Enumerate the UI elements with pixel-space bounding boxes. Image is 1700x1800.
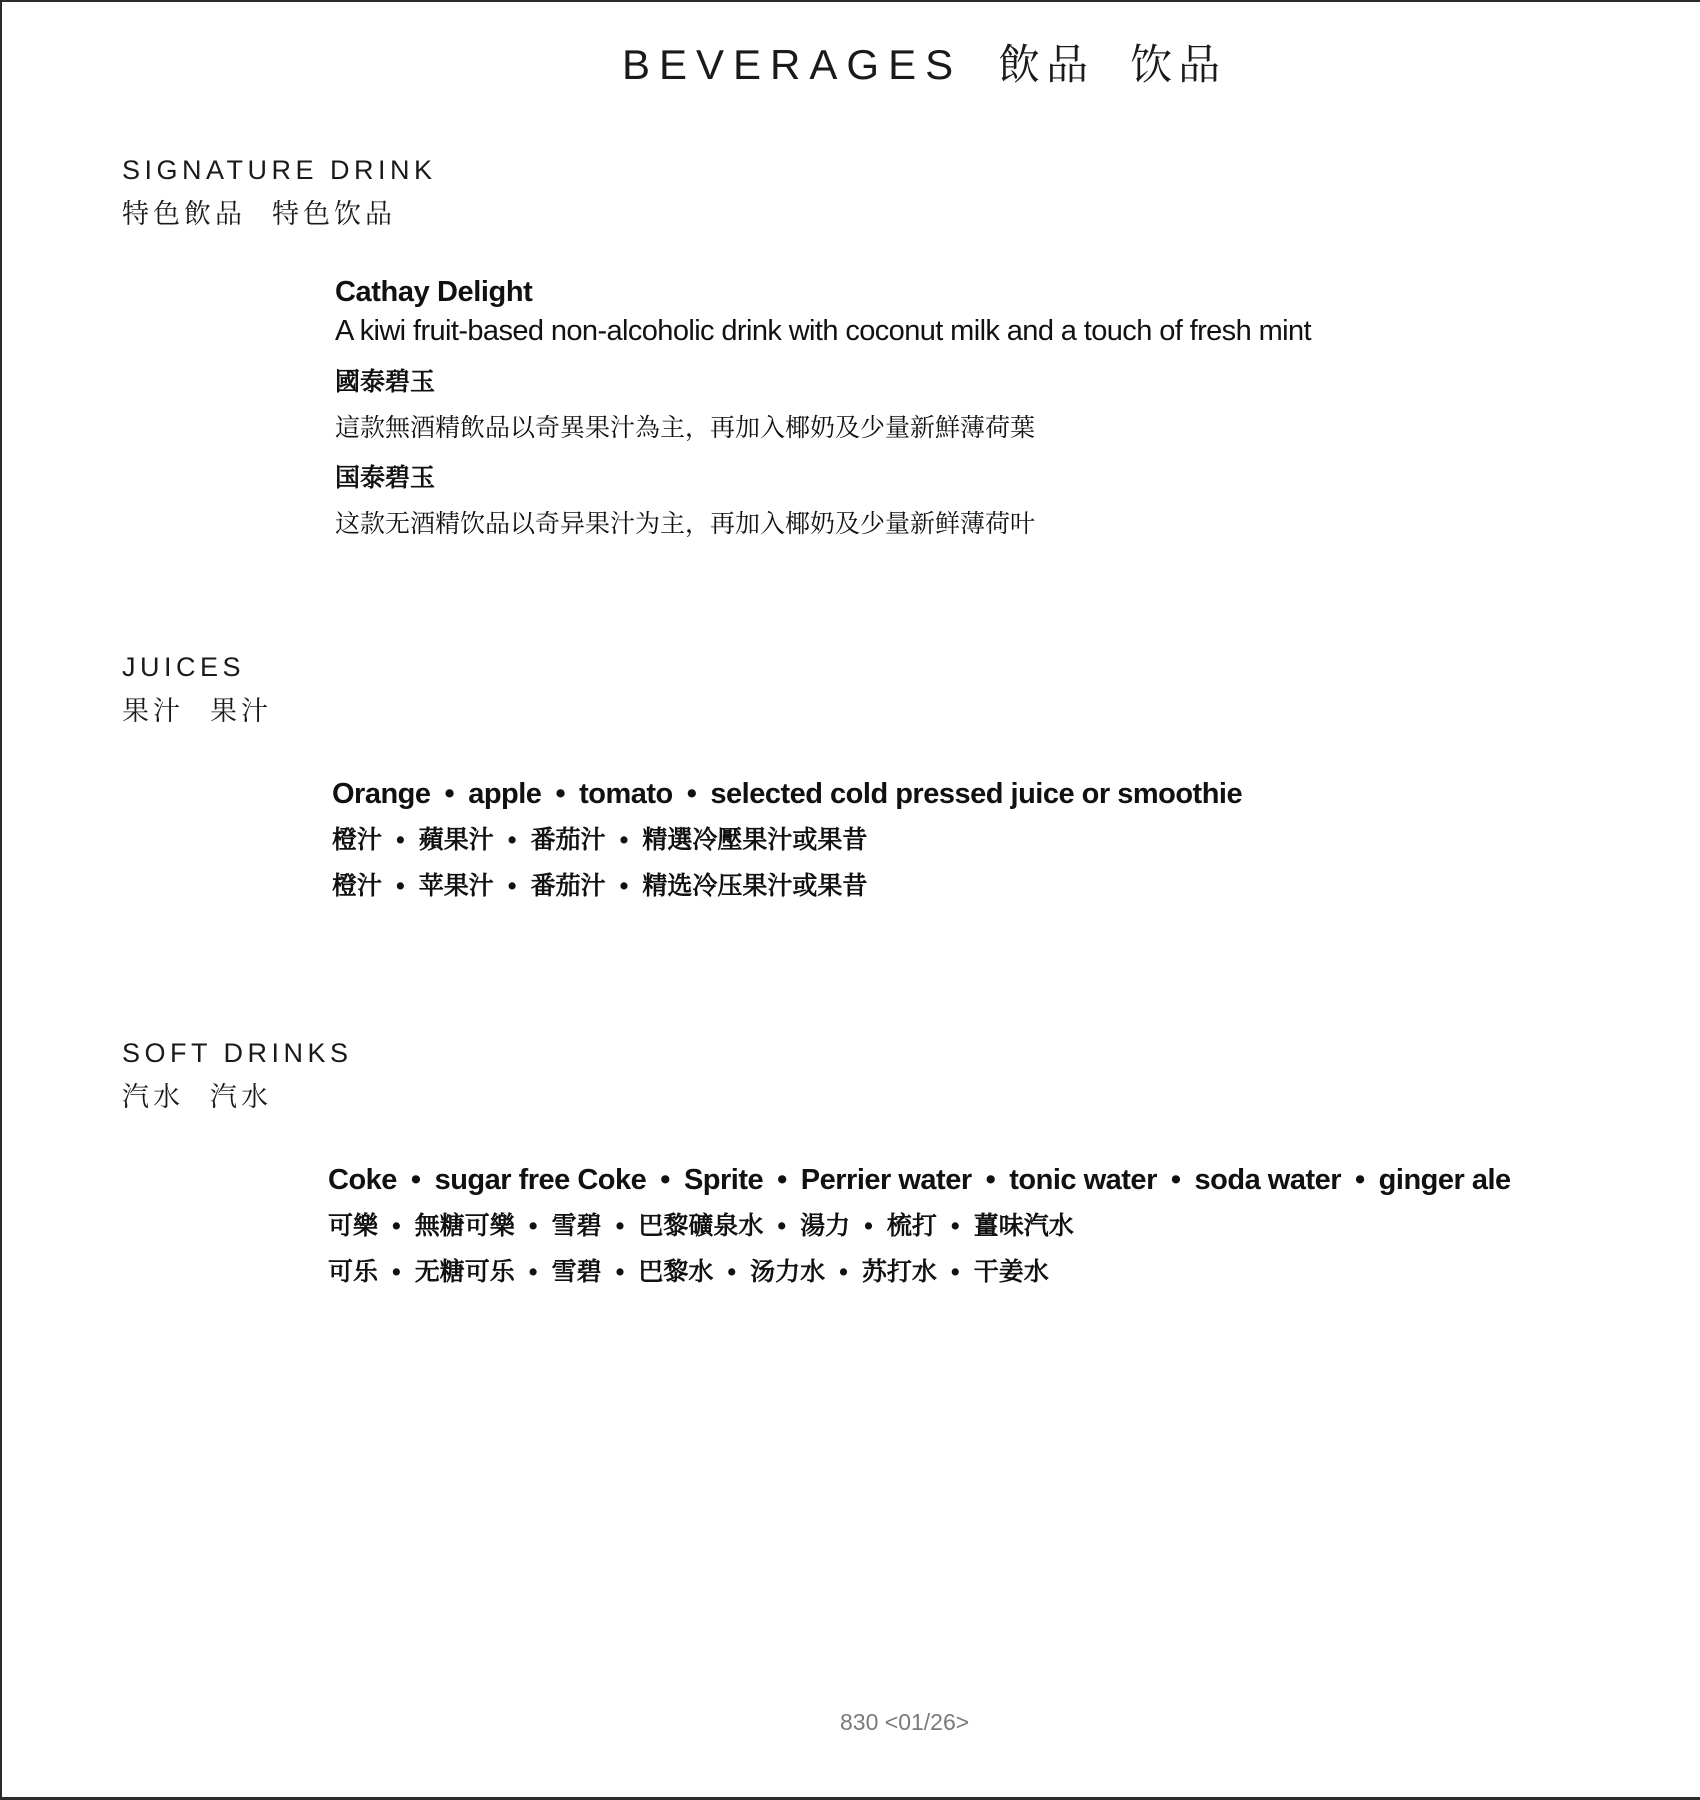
bullet-separator-icon: • bbox=[777, 1157, 787, 1203]
item-name-en: Cathay Delight bbox=[335, 276, 1311, 309]
list-item: 雪碧 bbox=[552, 1212, 602, 1240]
bullet-separator-icon: • bbox=[951, 1249, 960, 1295]
list-item: 汤力水 bbox=[750, 1258, 825, 1286]
bullet-separator-icon: • bbox=[445, 771, 455, 817]
list-item: 苹果汁 bbox=[419, 872, 494, 900]
item-desc-zh-traditional: 這款無酒精飲品以奇異果汁為主，再加入椰奶及少量新鮮薄荷葉 bbox=[335, 408, 1311, 444]
bullet-separator-icon: • bbox=[508, 817, 517, 863]
section-heading-juices: JUICES 果汁果汁 bbox=[122, 652, 272, 728]
bullet-separator-icon: • bbox=[951, 1203, 960, 1249]
bullet-separator-icon: • bbox=[620, 817, 629, 863]
soft-drinks-line-zh-simplified: 可乐•无糖可乐•雪碧•巴黎水•汤力水•苏打水•干姜水 bbox=[328, 1249, 1511, 1295]
bullet-separator-icon: • bbox=[1355, 1157, 1365, 1203]
title-zh-simplified: 饮品 bbox=[1130, 41, 1226, 88]
item-name-zh-simplified: 国泰碧玉 bbox=[335, 458, 1311, 494]
list-item: tomato bbox=[579, 778, 673, 810]
list-item: 番茄汁 bbox=[531, 826, 606, 854]
bullet-separator-icon: • bbox=[392, 1249, 401, 1295]
list-item: selected cold pressed juice or smoothie bbox=[710, 778, 1242, 810]
juices-line-zh-traditional: 橙汁•蘋果汁•番茄汁•精選冷壓果汁或果昔 bbox=[332, 817, 1242, 863]
list-item: Perrier water bbox=[801, 1164, 972, 1196]
list-item: 巴黎水 bbox=[638, 1258, 713, 1286]
soft-drinks-list: Coke•sugar free Coke•Sprite•Perrier wate… bbox=[328, 1157, 1511, 1295]
heading-zh-traditional: 汽水 bbox=[122, 1082, 184, 1112]
list-item: 巴黎礦泉水 bbox=[638, 1212, 763, 1240]
section-heading-soft-drinks: SOFT DRINKS 汽水汽水 bbox=[122, 1038, 353, 1114]
bullet-separator-icon: • bbox=[777, 1203, 786, 1249]
bullet-separator-icon: • bbox=[687, 771, 697, 817]
soft-drinks-line-zh-traditional: 可樂•無糖可樂•雪碧•巴黎礦泉水•湯力•梳打•薑味汽水 bbox=[328, 1203, 1511, 1249]
menu-page: BEVERAGES飲品饮品 SIGNATURE DRINK 特色飲品特色饮品 C… bbox=[0, 0, 1700, 1800]
bullet-separator-icon: • bbox=[616, 1203, 625, 1249]
list-item: Coke bbox=[328, 1164, 397, 1196]
bullet-separator-icon: • bbox=[864, 1203, 873, 1249]
bullet-separator-icon: • bbox=[616, 1249, 625, 1295]
juices-line-en: Orange•apple•tomato•selected cold presse… bbox=[332, 771, 1242, 817]
title-en: BEVERAGES bbox=[622, 41, 962, 88]
signature-item: Cathay Delight A kiwi fruit-based non-al… bbox=[335, 276, 1311, 540]
bullet-separator-icon: • bbox=[396, 863, 405, 909]
heading-en: SIGNATURE DRINK bbox=[122, 155, 437, 186]
list-item: 無糖可樂 bbox=[415, 1212, 515, 1240]
item-desc-en: A kiwi fruit-based non-alcoholic drink w… bbox=[335, 315, 1311, 348]
heading-zh-simplified: 特色饮品 bbox=[272, 199, 396, 229]
bullet-separator-icon: • bbox=[660, 1157, 670, 1203]
heading-zh: 果汁果汁 bbox=[122, 689, 272, 728]
bullet-separator-icon: • bbox=[555, 771, 565, 817]
juices-list: Orange•apple•tomato•selected cold presse… bbox=[332, 771, 1242, 909]
page-title: BEVERAGES飲品饮品 bbox=[622, 32, 1226, 92]
list-item: apple bbox=[468, 778, 541, 810]
heading-en: SOFT DRINKS bbox=[122, 1038, 353, 1069]
list-item: tonic water bbox=[1009, 1164, 1157, 1196]
bullet-separator-icon: • bbox=[529, 1203, 538, 1249]
list-item: sugar free Coke bbox=[435, 1164, 647, 1196]
list-item: 薑味汽水 bbox=[974, 1212, 1074, 1240]
list-item: 苏打水 bbox=[862, 1258, 937, 1286]
list-item: ginger ale bbox=[1379, 1164, 1511, 1196]
heading-zh-traditional: 特色飲品 bbox=[122, 199, 246, 229]
bullet-separator-icon: • bbox=[396, 817, 405, 863]
bullet-separator-icon: • bbox=[986, 1157, 996, 1203]
juices-line-zh-simplified: 橙汁•苹果汁•番茄汁•精选冷压果汁或果昔 bbox=[332, 863, 1242, 909]
list-item: 可樂 bbox=[328, 1212, 378, 1240]
soft-drinks-line-en: Coke•sugar free Coke•Sprite•Perrier wate… bbox=[328, 1157, 1511, 1203]
heading-zh-simplified: 汽水 bbox=[210, 1082, 272, 1112]
list-item: 湯力 bbox=[800, 1212, 850, 1240]
list-item: Sprite bbox=[684, 1164, 763, 1196]
heading-en: JUICES bbox=[122, 652, 272, 683]
list-item: 精選冷壓果汁或果昔 bbox=[642, 826, 867, 854]
list-item: 雪碧 bbox=[552, 1258, 602, 1286]
bullet-separator-icon: • bbox=[839, 1249, 848, 1295]
list-item: soda water bbox=[1195, 1164, 1342, 1196]
list-item: Orange bbox=[332, 778, 431, 810]
list-item: 番茄汁 bbox=[531, 872, 606, 900]
heading-zh: 汽水汽水 bbox=[122, 1075, 353, 1114]
item-name-zh-traditional: 國泰碧玉 bbox=[335, 362, 1311, 398]
list-item: 梳打 bbox=[887, 1212, 937, 1240]
bullet-separator-icon: • bbox=[529, 1249, 538, 1295]
heading-zh-simplified: 果汁 bbox=[210, 696, 272, 726]
list-item: 可乐 bbox=[328, 1258, 378, 1286]
page-code: 830 <01/26> bbox=[840, 1709, 969, 1736]
bullet-separator-icon: • bbox=[1171, 1157, 1181, 1203]
list-item: 精选冷压果汁或果昔 bbox=[642, 872, 867, 900]
bullet-separator-icon: • bbox=[620, 863, 629, 909]
heading-zh: 特色飲品特色饮品 bbox=[122, 192, 437, 231]
title-zh-traditional: 飲品 bbox=[998, 41, 1094, 88]
heading-zh-traditional: 果汁 bbox=[122, 696, 184, 726]
list-item: 橙汁 bbox=[332, 826, 382, 854]
section-heading-signature: SIGNATURE DRINK 特色飲品特色饮品 bbox=[122, 155, 437, 231]
bullet-separator-icon: • bbox=[508, 863, 517, 909]
item-desc-zh-simplified: 这款无酒精饮品以奇异果汁为主，再加入椰奶及少量新鲜薄荷叶 bbox=[335, 504, 1311, 540]
bullet-separator-icon: • bbox=[727, 1249, 736, 1295]
list-item: 无糖可乐 bbox=[415, 1258, 515, 1286]
bullet-separator-icon: • bbox=[392, 1203, 401, 1249]
bullet-separator-icon: • bbox=[411, 1157, 421, 1203]
list-item: 蘋果汁 bbox=[419, 826, 494, 854]
list-item: 橙汁 bbox=[332, 872, 382, 900]
list-item: 干姜水 bbox=[974, 1258, 1049, 1286]
